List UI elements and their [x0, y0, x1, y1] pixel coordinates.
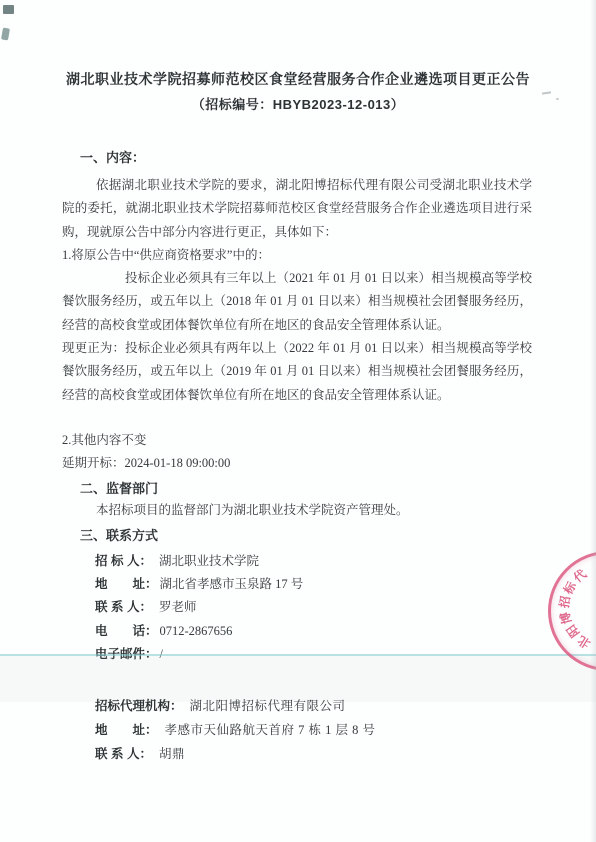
contact-row-address: 地 址： 湖北省孝感市玉泉路 17 号	[95, 573, 532, 596]
scan-artifact-mark	[3, 5, 14, 14]
agency-label: 联 系 人：	[95, 743, 152, 766]
document-title: 湖北职业技术学院招募师范校区食堂经营服务合作企业遴选项目更正公告	[0, 68, 596, 90]
document-header: 湖北职业技术学院招募师范校区食堂经营服务合作企业遴选项目更正公告 （招标编号：H…	[0, 0, 596, 116]
tender-number: （招标编号：HBYB2023-12-013）	[0, 94, 596, 116]
contact-label: 地 址：	[95, 573, 158, 596]
original-requirement: 投标企业必须具有三年以上（2021 年 01 月 01 日以来）相当规模高等学校…	[62, 267, 532, 337]
contact-row-phone: 电 话： 0712-2867656	[95, 620, 532, 643]
contact-value: 湖北省孝感市玉泉路 17 号	[160, 573, 304, 596]
correction-item-2: 2.其他内容不变	[62, 429, 532, 452]
correction-item-1: 1.将原公告中“供应商资格要求”中的：	[62, 244, 532, 267]
scan-pencil-dot	[556, 98, 559, 100]
scan-shading-band	[0, 656, 596, 702]
agency-label: 地 址：	[95, 719, 158, 742]
agency-info-block: 招标代理机构： 湖北阳博招标代理有限公司 地 址： 孝感市天仙路航天首府 7 栋…	[95, 695, 532, 766]
contact-label: 联 系 人：	[95, 596, 157, 619]
scanned-document-page: 湖北职业技术学院招募师范校区食堂经营服务合作企业遴选项目更正公告 （招标编号：H…	[0, 0, 596, 842]
agency-value: 胡鼎	[159, 743, 185, 766]
supervision-body: 本招标项目的监督部门为湖北职业技术学院资产管理处。	[62, 499, 532, 522]
red-seal-character: 招	[557, 594, 573, 610]
contact-label: 电 话：	[95, 620, 158, 643]
contact-value: 湖北职业技术学院	[159, 550, 259, 573]
agency-row-address: 地 址： 孝感市天仙路航天首府 7 栋 1 层 8 号	[95, 719, 532, 743]
contact-value: 0712-2867656	[160, 620, 233, 643]
postponed-bid-opening: 延期开标：2024-01-18 09:00:00	[62, 452, 532, 475]
section-heading-contacts: 三、联系方式	[80, 526, 532, 546]
intro-paragraph: 依据湖北职业技术学院的要求，湖北阳博招标代理有限公司受湖北职业技术学院的委托，就…	[62, 174, 532, 244]
section-heading-supervision: 二、监督部门	[80, 479, 532, 499]
section-heading-content: 一、内容：	[80, 148, 532, 168]
contact-row-person: 联 系 人： 罗老师	[95, 596, 532, 619]
corrected-requirement: 现更正为：投标企业必须具有两年以上（2022 年 01 月 01 日以来）相当规…	[62, 337, 532, 407]
agency-row-person: 联 系 人： 胡鼎	[95, 743, 532, 767]
contact-value: 罗老师	[159, 596, 197, 619]
contact-info-block: 招 标 人： 湖北职业技术学院 地 址： 湖北省孝感市玉泉路 17 号 联 系 …	[95, 550, 532, 666]
agency-value: 孝感市天仙路航天首府 7 栋 1 层 8 号	[165, 719, 376, 742]
contact-label: 招 标 人：	[95, 550, 157, 573]
contact-row-tenderer: 招 标 人： 湖北职业技术学院	[95, 550, 532, 573]
